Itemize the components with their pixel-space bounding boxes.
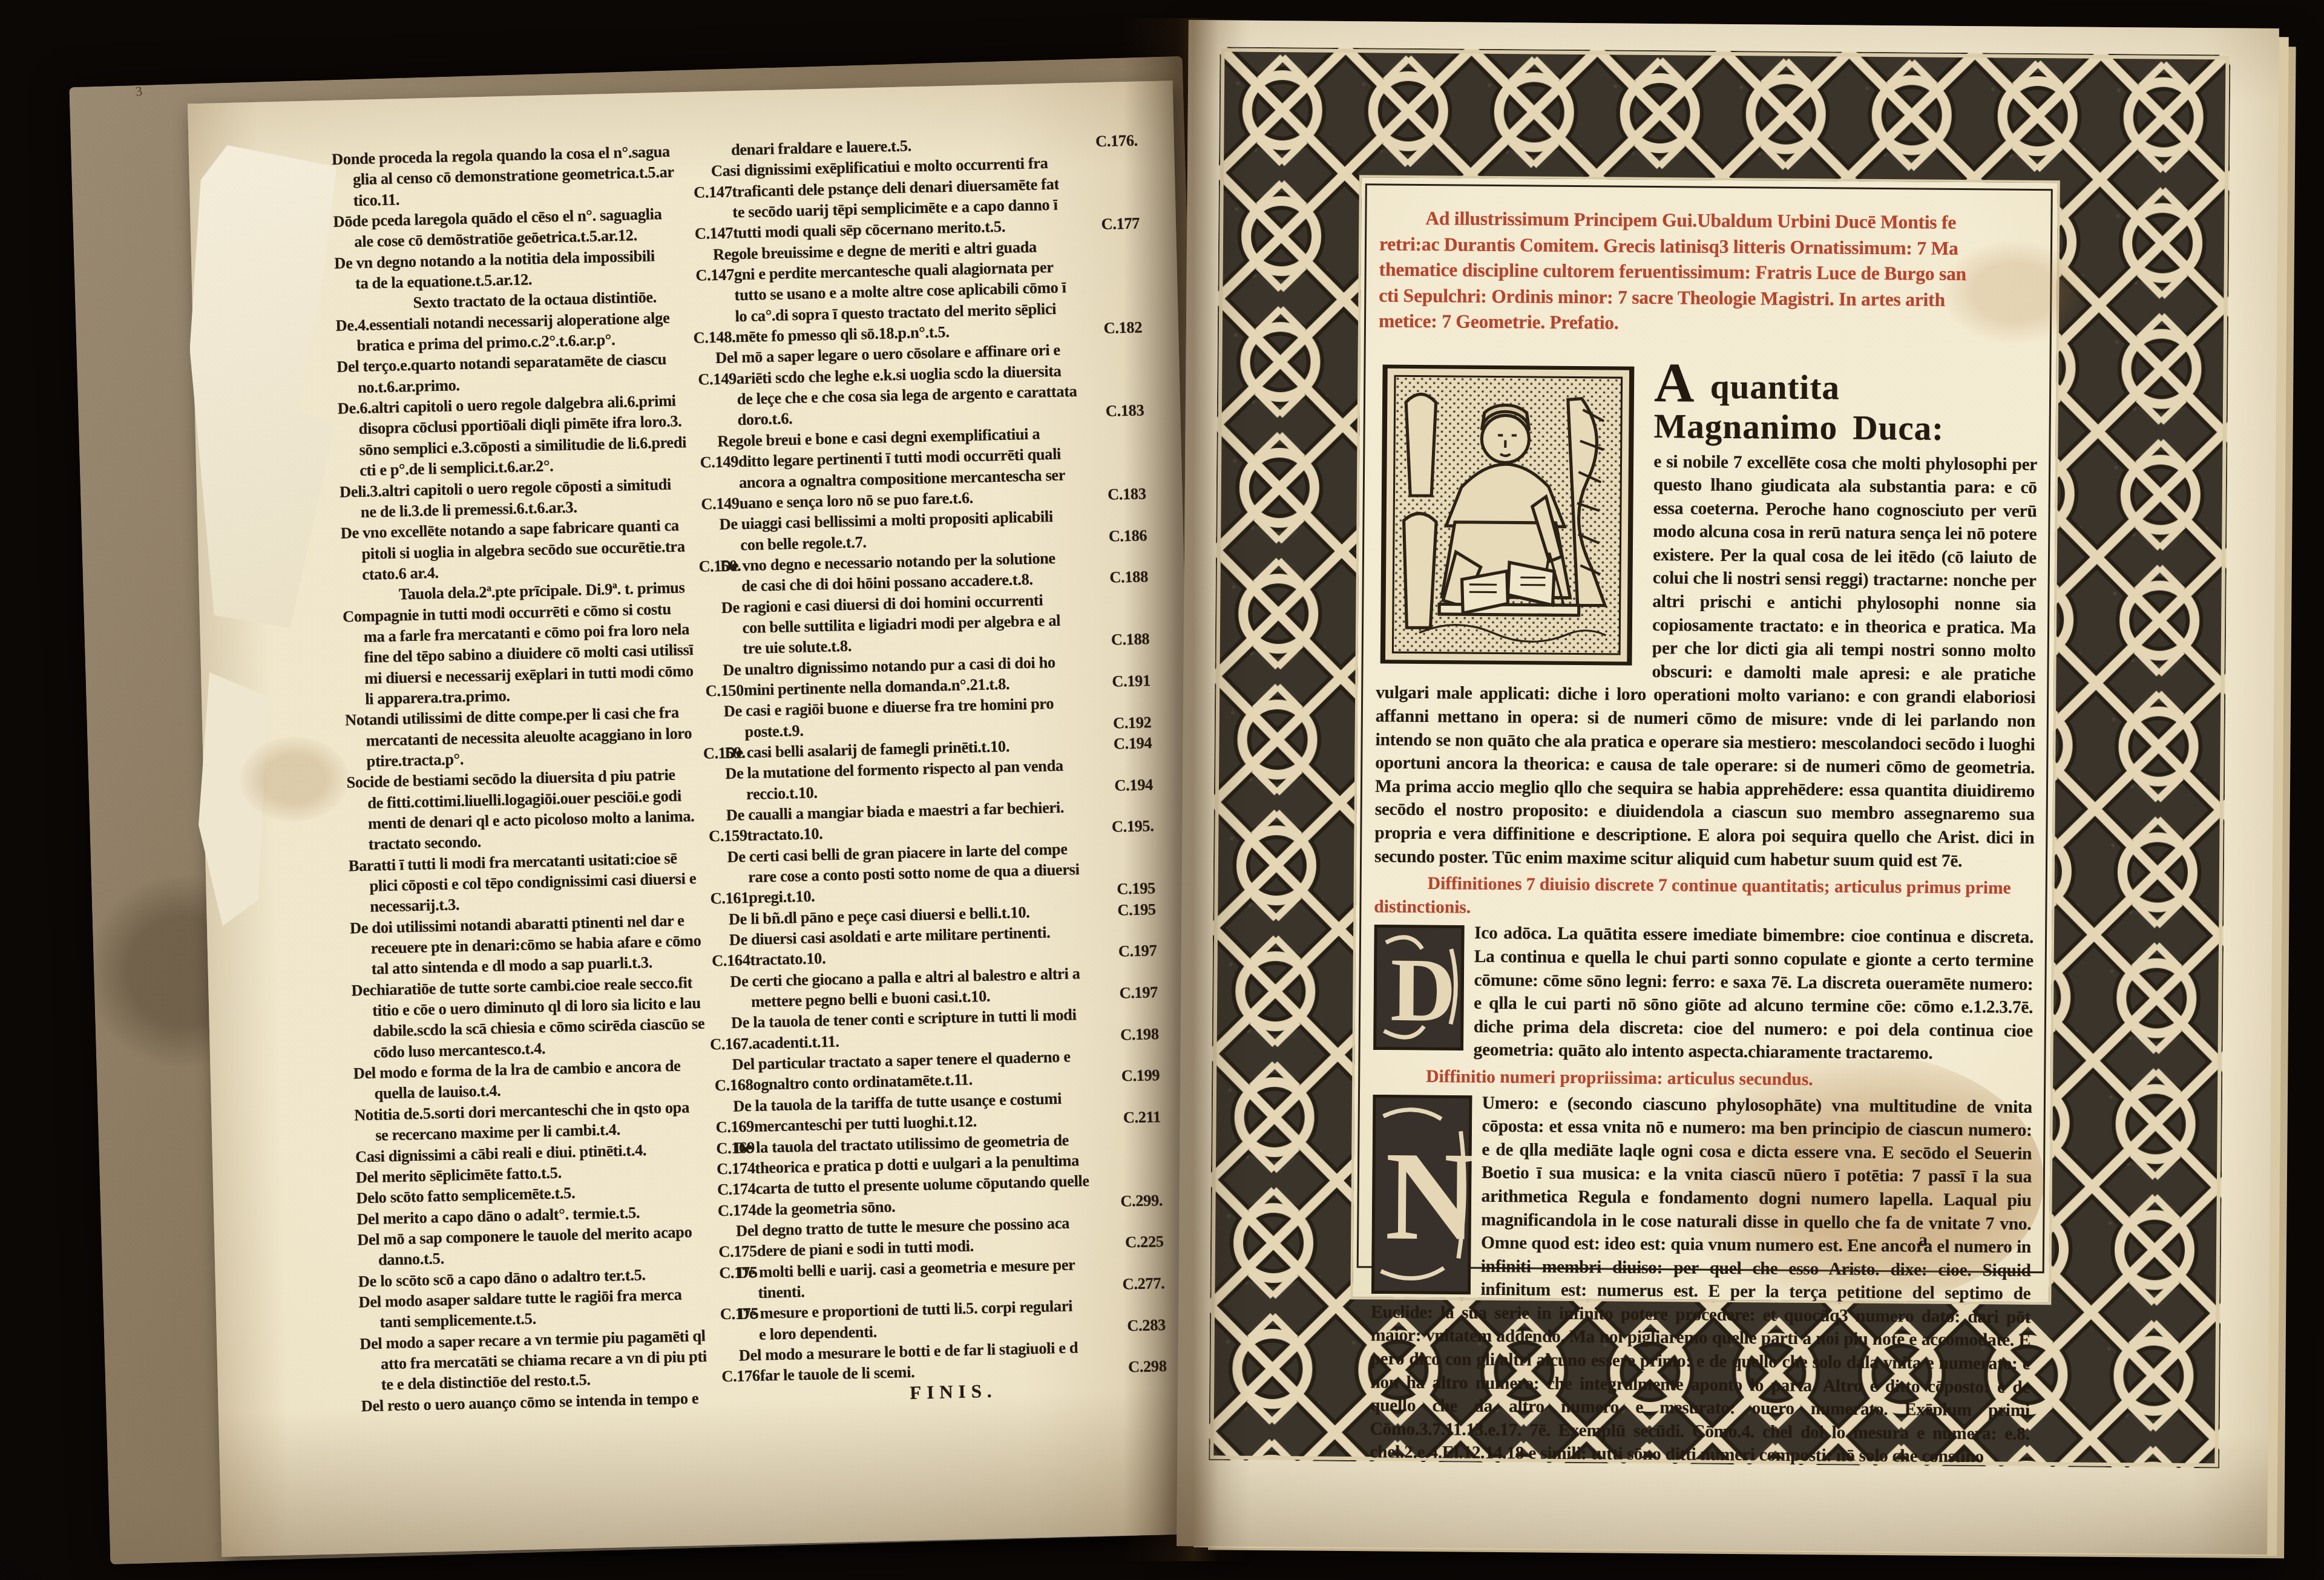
svg-text:D: D [1390, 940, 1457, 1041]
torn-paper-repair [185, 143, 348, 631]
folio-number: C.197 [1108, 982, 1158, 1003]
heading-initial: A [1654, 352, 1695, 414]
svg-text:N: N [1385, 1126, 1472, 1267]
folio-number: C.182 [1092, 317, 1142, 339]
paragraph-quantita: Ico adōca. La quātita essere imediate bi… [1373, 921, 2033, 1066]
folio-number: C.197 [1107, 940, 1157, 962]
toc-column-1: Donde proceda la regola quando la cosa e… [332, 139, 761, 1416]
heading-text: quantita Magnanimo Duca: [1653, 367, 1944, 447]
decorated-initial-d-icon: D [1373, 925, 1465, 1051]
rubric-diffinitiones: Diffinitiones 7 diuisio discrete 7 conti… [1374, 872, 2034, 924]
folio-number: C.211 [1112, 1106, 1161, 1128]
folio-number: C.177 [1090, 213, 1140, 235]
folio-number: C.195 [1106, 899, 1156, 920]
toc-column-2: denari fraldare e lauere.t.5.C.176.Casi … [711, 130, 1167, 1408]
folio-number: C.195. [1100, 816, 1154, 838]
rubric-diffinitio-numeri: Diffinitio numeri propriissima: articulu… [1373, 1064, 2032, 1093]
dedication-line: metice: 7 Geometrie. Prefatio. [1379, 308, 2038, 339]
folio-number: C.192 [1102, 712, 1152, 733]
folio-number: C.194 [1103, 774, 1153, 796]
open-book-photograph: 3 Donde proceda la regola quando la cosa… [0, 0, 2324, 1580]
paragraph-with-initial-n: N Umero: e (secondo ciascuno phylosophāt… [1370, 1090, 2032, 1469]
folio-number: C.183 [1094, 400, 1144, 422]
folio-number: C.194 [1102, 732, 1152, 754]
folio-number: C.277. [1111, 1273, 1165, 1294]
folio-number: C.188 [1098, 566, 1148, 588]
folio-number: C.225 [1114, 1231, 1164, 1253]
folio-number: C.176. [1085, 130, 1138, 152]
folio-number: C.183 [1097, 483, 1146, 505]
folio-number: C.199 [1110, 1065, 1160, 1087]
folio-number: C.191 [1101, 670, 1151, 692]
text-panel: Ad illustrissimum Principem Gui.Ubaldum … [1353, 177, 2057, 1302]
folio-number: C.298 [1117, 1355, 1167, 1377]
left-page-table-of-contents: Donde proceda la regola quando la cosa e… [188, 80, 1207, 1557]
dedication-rubric: Ad illustrissimum Principem Gui.Ubaldum … [1379, 205, 2040, 339]
folio-number: C.299. [1109, 1190, 1163, 1211]
decorated-initial-n-icon: N [1371, 1094, 1472, 1294]
torn-paper-edge [195, 671, 274, 927]
folio-number: C.283 [1116, 1314, 1166, 1336]
author-portrait-woodcut-icon [1376, 364, 1639, 665]
prefatio-text: A quantita Magnanimo Duca: e si nobile 7… [1370, 362, 2038, 1469]
quire-signature: a [1919, 1230, 1928, 1250]
folio-number: C.195 [1106, 878, 1155, 900]
folio-number: C.188 [1100, 629, 1149, 651]
folio-number: C.186 [1097, 525, 1147, 546]
paragraph-with-initial-d: D Ico adōca. La quātita essere imediate … [1373, 921, 2033, 1066]
right-page-prefatio: Ad illustrissimum Principem Gui.Ubaldum … [1177, 20, 2279, 1555]
folio-number: C.198 [1109, 1023, 1159, 1045]
